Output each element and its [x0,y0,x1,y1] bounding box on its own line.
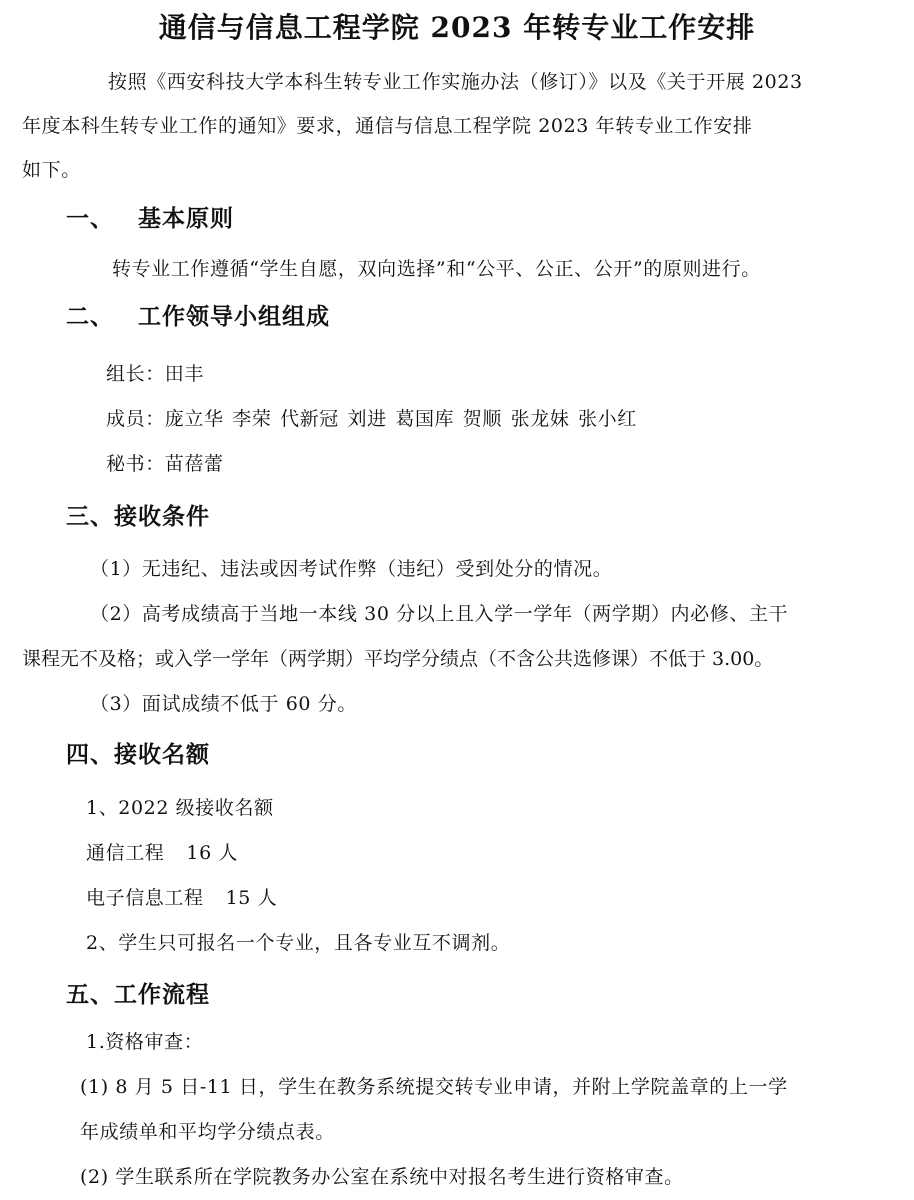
section-1-paragraph-1: 转专业工作遵循“学生自愿，双向选择”和“公平、公正、公开”的原则进行。 [112,257,761,281]
quota-subheading: 1、2022 级接收名额 [86,796,274,820]
section-3-title: 接收条件 [114,503,210,530]
section-2-title: 工作领导小组组成 [138,303,330,330]
section-5-heading: 五、工作流程 [66,980,210,1010]
group-secretary: 秘书：苗蓓蕾 [106,452,224,476]
process-item-1-line-1: (1) 8 月 5 日-11 日，学生在教务系统提交转专业申请，并附上学院盖章的… [80,1075,788,1099]
group-members: 成员：庞立华 李荣 代新冠 刘进 葛国库 贺顺 张龙妹 张小红 [106,407,637,431]
section-3-heading: 三、接收条件 [66,502,210,532]
quota-major: 通信工程 [86,842,164,864]
condition-2-line-2: 课程无不及格；或入学一学年（两学期）平均学分绩点（不含公共选修课）不低于 3.0… [22,647,773,671]
section-1-number: 一、 [66,204,114,234]
quota-count: 15 人 [226,887,278,909]
intro-line-2: 年度本科生转专业工作的通知》要求，通信与信息工程学院 2023 年转专业工作安排 [22,114,752,138]
process-item-1-line-2: 年成绩单和平均学分绩点表。 [80,1120,335,1144]
condition-2-line-1: （2）高考成绩高于当地一本线 30 分以上且入学一学年（两学期）内必修、主干 [90,602,788,626]
section-4-heading: 四、接收名额 [66,740,210,770]
quota-count: 16 人 [186,842,238,864]
section-5-number: 五、 [66,980,114,1010]
section-1-heading: 一、基本原则 [66,204,234,234]
quota-major: 电子信息工程 [86,887,204,909]
group-leader: 组长：田丰 [106,362,204,386]
section-3-number: 三、 [66,502,114,532]
document-title: 通信与信息工程学院 2023 年转专业工作安排 [0,10,914,46]
section-4-title: 接收名额 [114,741,210,768]
quota-note: 2、学生只可报名一个专业，且各专业互不调剂。 [86,931,510,955]
intro-line-1: 按照《西安科技大学本科生转专业工作实施办法（修订）》以及《关于开展 2023 [108,70,803,94]
section-5-title: 工作流程 [114,981,210,1008]
section-1-title: 基本原则 [138,205,234,232]
process-item-2: (2) 学生联系所在学院教务办公室在系统中对报名考生进行资格审查。 [80,1165,684,1189]
intro-line-3: 如下。 [22,158,81,182]
quota-row-electronic: 电子信息工程15 人 [86,886,277,910]
condition-1: （1）无违纪、违法或因考试作弊（违纪）受到处分的情况。 [90,557,612,581]
quota-row-communication: 通信工程16 人 [86,841,238,865]
process-step-1-heading: 1.资格审查： [86,1030,203,1054]
condition-3: （3）面试成绩不低于 60 分。 [90,692,357,716]
section-2-number: 二、 [66,302,114,332]
section-2-heading: 二、工作领导小组组成 [66,302,330,332]
section-4-number: 四、 [66,740,114,770]
